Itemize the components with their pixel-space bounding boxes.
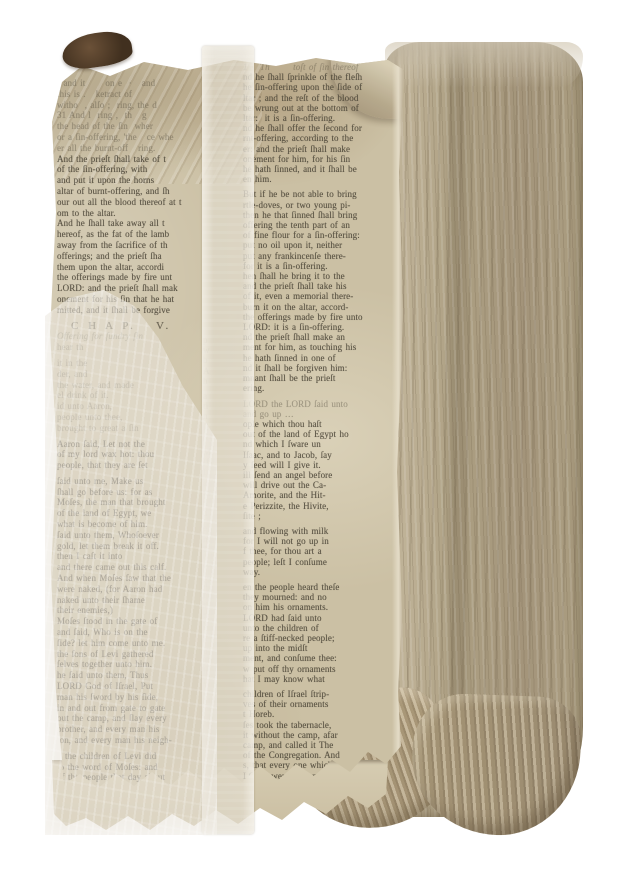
leather-binding-remnant — [60, 28, 134, 71]
text-line: e Perizzite, the Hivite, — [243, 501, 363, 511]
text-line: rtle-doves, or two young pi- — [243, 200, 363, 210]
text-line: LORD: it is a ſin-offering. — [243, 322, 363, 332]
text-line: ople which thou haſt — [243, 419, 363, 429]
text-line: ſes took the tabernacle, — [243, 720, 363, 730]
text-line: nd the prieſt ſhall make an — [243, 332, 363, 342]
text-line: nd he ſhall offer the ſecond for — [243, 123, 363, 133]
text-line: t Horeb. — [243, 709, 363, 719]
text-line: ʃ and it on e · and — [57, 78, 182, 89]
text-line: And he ſhall take away all t — [57, 218, 182, 229]
text-line: the head of the ſin wher — [57, 121, 182, 132]
text-line: our out all the blood thereof at t — [57, 197, 182, 208]
text-line: ltar: it is a ſin-offering. — [243, 113, 363, 123]
text-line: Iſaac, and to Jacob, ſay — [243, 450, 363, 460]
text-line: of the ſin-offering, with — [57, 164, 182, 175]
text-line: be wrung out at the bottom of — [243, 103, 363, 113]
text-line: Amorite, and the Hit- — [243, 490, 363, 500]
text-line: 1 · Th toſt of ſin thereof — [243, 62, 363, 72]
text-line: 31 And l ring , th g — [57, 110, 182, 121]
text-line: the offerings made by fire unto — [243, 312, 363, 322]
text-line: and put it upon the horns — [57, 175, 182, 186]
text-line: ltar ; and the reſt of the blood — [243, 93, 363, 103]
text-line: away from the ſacrifice of th — [57, 240, 182, 251]
text-line: or a ſin-offering, 'the ce whe — [57, 132, 182, 143]
text-line: this is . ketract of — [57, 89, 182, 100]
text-line: the offerings made by fire unt — [57, 272, 182, 283]
text-line: them upon the altar, accordi — [57, 262, 182, 273]
text-line: hen ſhall he bring it to the — [243, 271, 363, 281]
text-line: LORD the LORD ſaid unto — [243, 399, 363, 409]
text-line: re a ſtiff-necked people; — [243, 633, 363, 643]
text-line: er all the burnt-off ring. — [57, 143, 182, 154]
text-line: put any frankincenſe there- — [243, 251, 363, 261]
text-line: on him his ornaments. — [243, 602, 363, 612]
text-line: it without the camp, afar — [243, 730, 363, 740]
text-line: camp, and called it The — [243, 740, 363, 750]
text-line: of the Congregation. And — [243, 750, 363, 760]
text-line: ſite ; — [243, 511, 363, 521]
text-line: nd he ſhall ſprinkle of the fleſh — [243, 72, 363, 82]
text-line: w put off thy ornaments — [243, 664, 363, 674]
text-line: witho , alſo ; ring, the d — [57, 100, 182, 111]
text-line: ves of their ornaments — [243, 699, 363, 709]
text-line: f thee, for thou art a — [243, 546, 363, 556]
text-line: unto the children of — [243, 623, 363, 633]
text-line: he hath ſinned in one of — [243, 353, 363, 363]
text-line: offering the tenth part of an — [243, 220, 363, 230]
text-line: of fine flour for a ſin-offering: — [243, 230, 363, 240]
text-line: children of Iſrael ſtrip- — [243, 689, 363, 699]
text-line: burn it on the altar, accord- — [243, 302, 363, 312]
text-line: y ſeed will I give it. — [243, 460, 363, 470]
book-photo: ʃ and it on e · andthis is . ketract ofw… — [0, 0, 625, 869]
text-line: But if he be not able to bring — [243, 189, 363, 199]
text-line: en the people heard theſe — [243, 582, 363, 592]
text-line: altar of burnt-offering, and ſh — [57, 186, 182, 197]
text-line: ment, and conſume thee: — [243, 653, 363, 663]
text-line: and flowing with milk — [243, 526, 363, 536]
text-line: offerings; and the prieſt ſha — [57, 251, 182, 262]
text-line: rnt-offering, according to the — [243, 133, 363, 143]
text-line: hat I may know what — [243, 674, 363, 684]
text-line: nd which I ſware un — [243, 439, 363, 449]
text-line: way. — [243, 567, 363, 577]
text-line: er: and the prieſt ſhall make — [243, 144, 363, 154]
text-line: out of the land of Egypt ho — [243, 429, 363, 439]
text-line: and go up … — [243, 409, 363, 419]
text-line: mnant ſhall be the prieſt — [243, 373, 363, 383]
text-line: hereof, as the fat of the lamb — [57, 229, 182, 240]
text-line: will drive out the Ca- — [243, 480, 363, 490]
text-line: onement for him, for his ſin — [243, 154, 363, 164]
text-line: LORD had ſaid unto — [243, 613, 363, 623]
text-line: nd it ſhall be forgiven him: — [243, 363, 363, 373]
text-line: ill ſend an angel before — [243, 470, 363, 480]
text-line: en him. — [243, 174, 363, 184]
text-line: ering. — [243, 383, 363, 393]
text-line: he ſin-offering upon the ſide of — [243, 82, 363, 92]
text-line: people; leſt I conſume — [243, 557, 363, 567]
text-line: for it is a ſin-offering. — [243, 261, 363, 271]
text-line: for I will not go up in — [243, 536, 363, 546]
text-line: of it, even a memorial there- — [243, 291, 363, 301]
text-line: om to the altar. — [57, 208, 182, 219]
text-line: And the prieſt ſhall take of t — [57, 154, 182, 165]
text-line: and the prieſt ſhall take his — [243, 281, 363, 291]
text-line: he hath ſinned, and it ſhall be — [243, 164, 363, 174]
text-line: up into the midſt — [243, 643, 363, 653]
right-text-column: 1 · Th toſt of ſin thereofnd he ſhall ſp… — [243, 62, 363, 791]
text-line: ment for him, as touching his — [243, 342, 363, 352]
text-line: then he that ſinned ſhall bring — [243, 210, 363, 220]
text-line: put no oil upon it, neither — [243, 240, 363, 250]
text-line: LORD: and the prieſt ſhall mak — [57, 283, 182, 294]
text-line: they mourned: and no — [243, 592, 363, 602]
